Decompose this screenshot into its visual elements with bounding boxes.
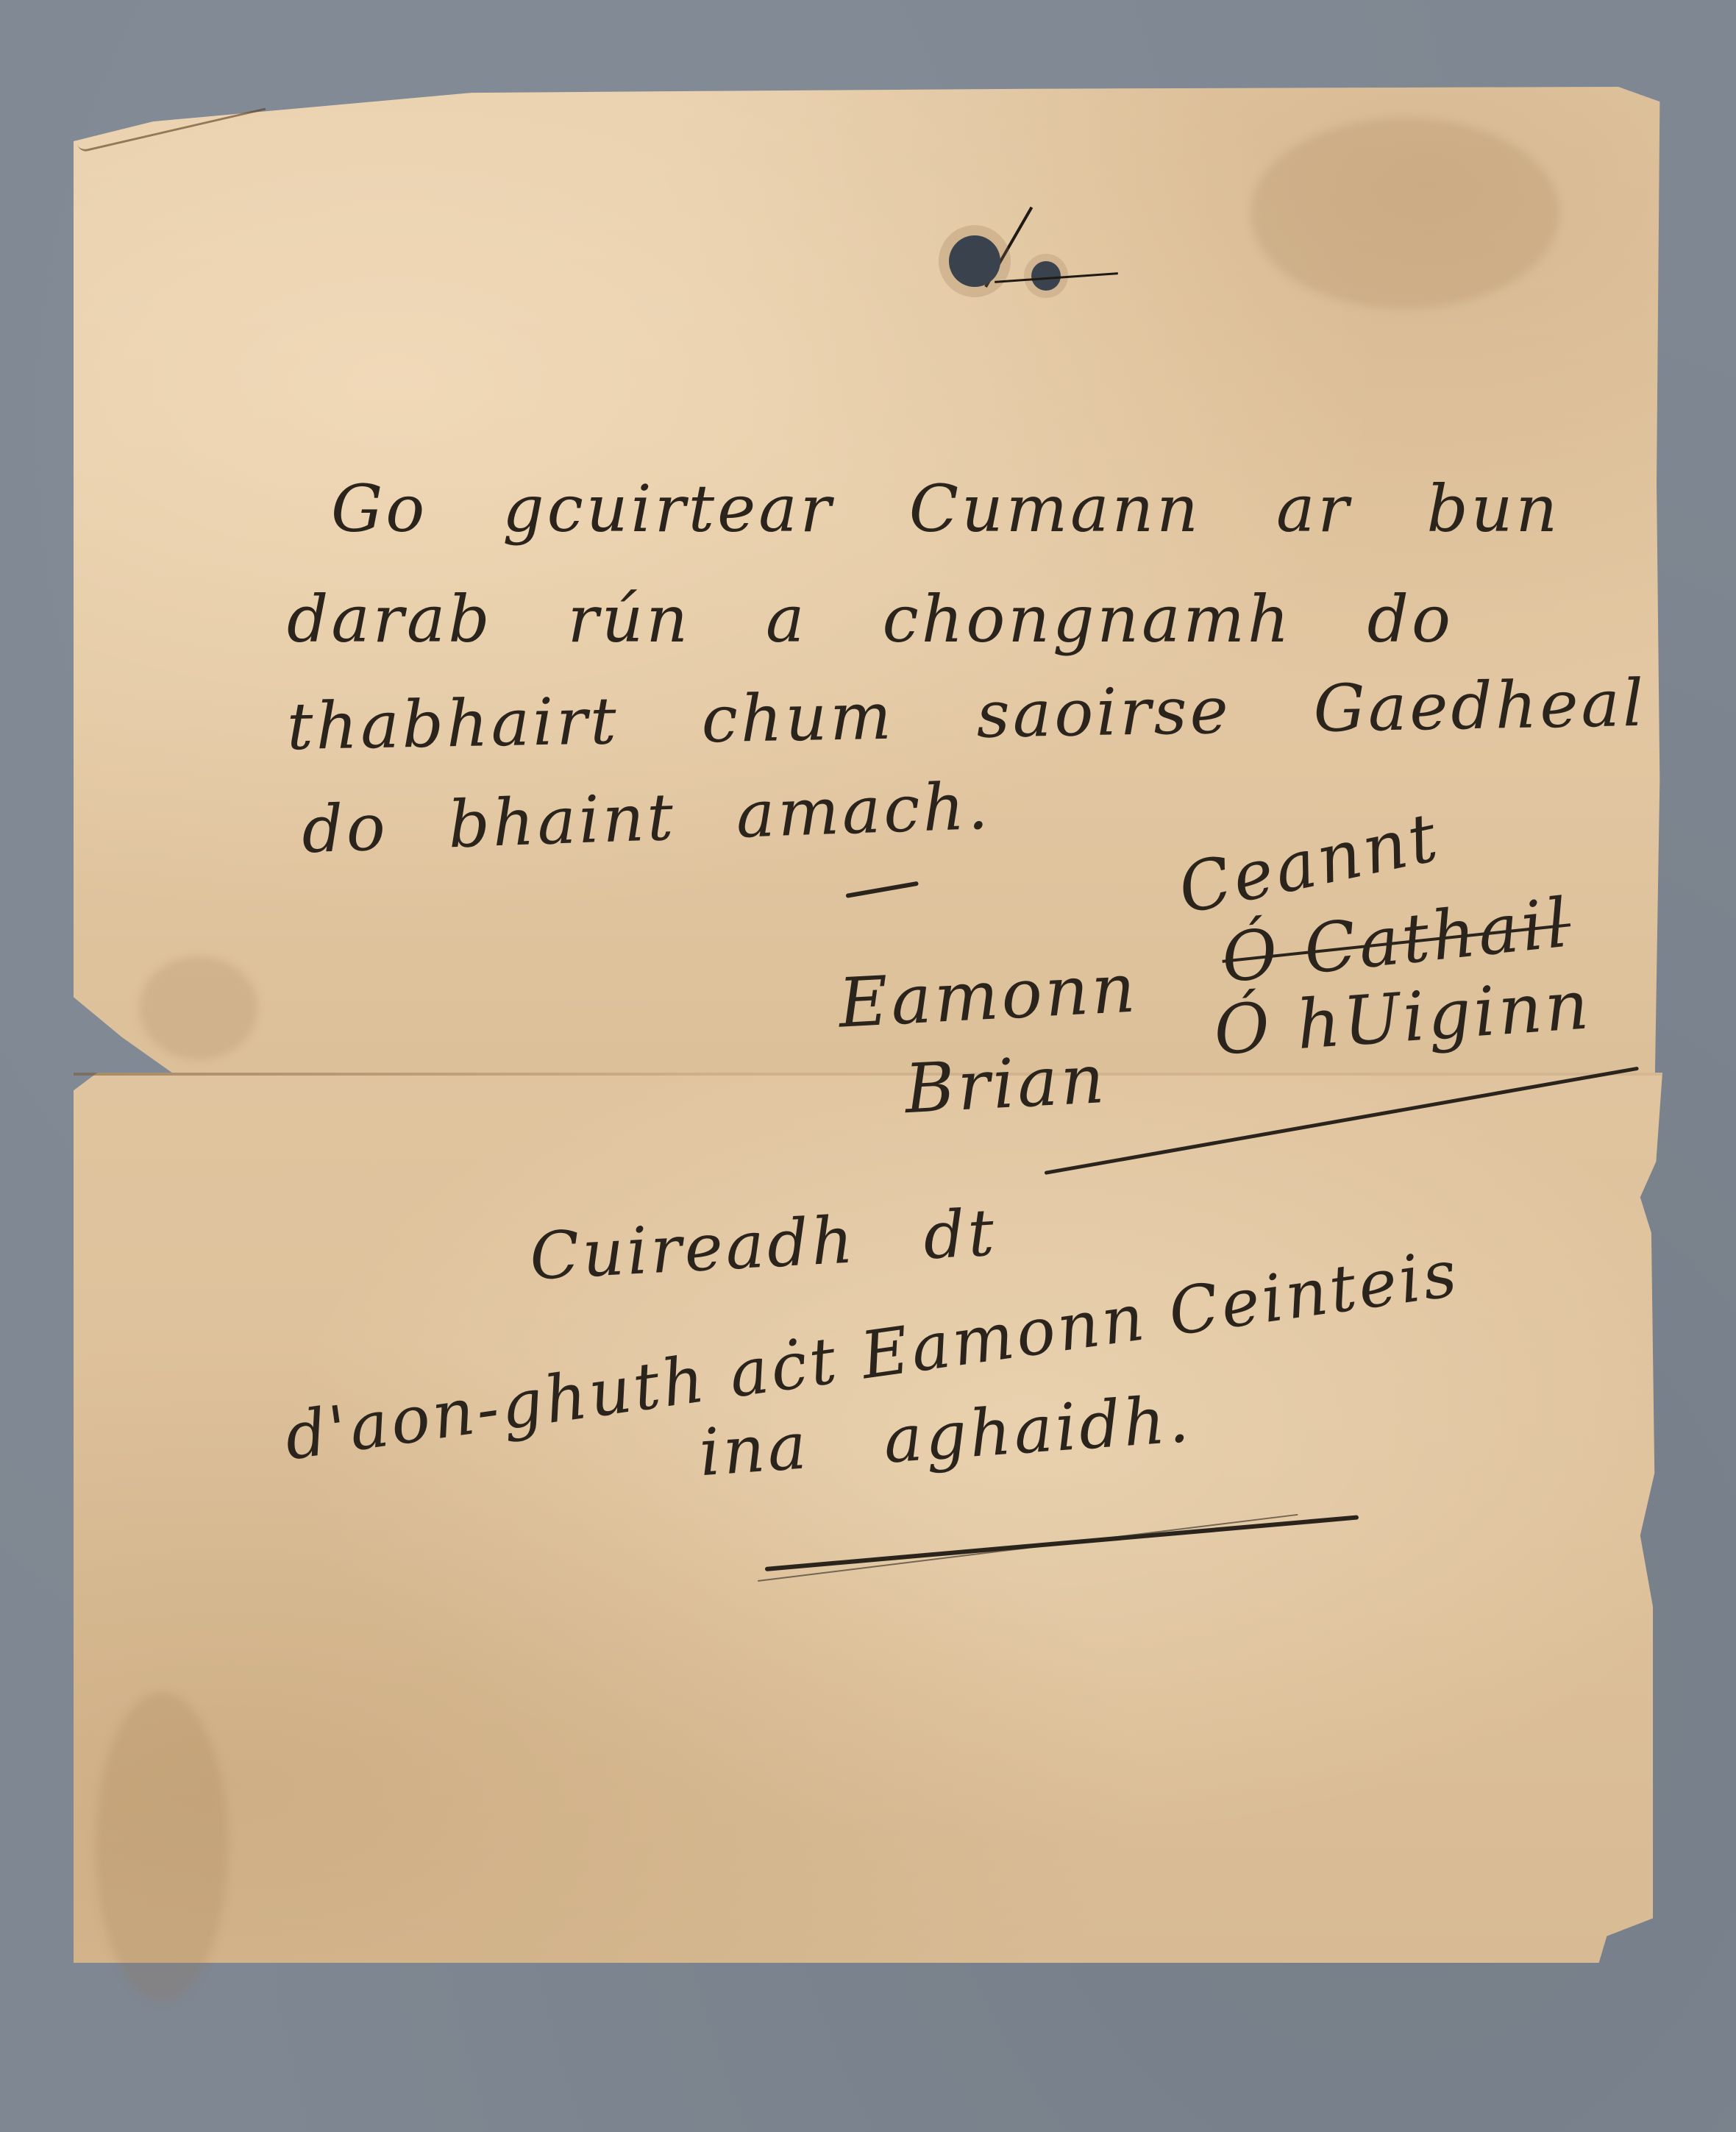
body-line-2: darab rún a chongnamh do (287, 581, 1454, 657)
fold-crease (74, 1073, 1662, 1076)
document-sheet: Go gcuirtear Cumann ar bun darab rún a c… (0, 0, 1736, 2132)
paper-stain (96, 1692, 228, 2001)
body-line-1: Go gcuirtear Cumann ar bun (331, 471, 1560, 547)
ink-blot-icon (949, 235, 1000, 287)
paper-stain (140, 956, 257, 1059)
paper-stain (1251, 118, 1559, 309)
signatory-1-forename: Eamonn (836, 948, 1139, 1042)
signatory-2-forename: Brian (903, 1040, 1109, 1129)
page-number-marker (949, 191, 1133, 302)
